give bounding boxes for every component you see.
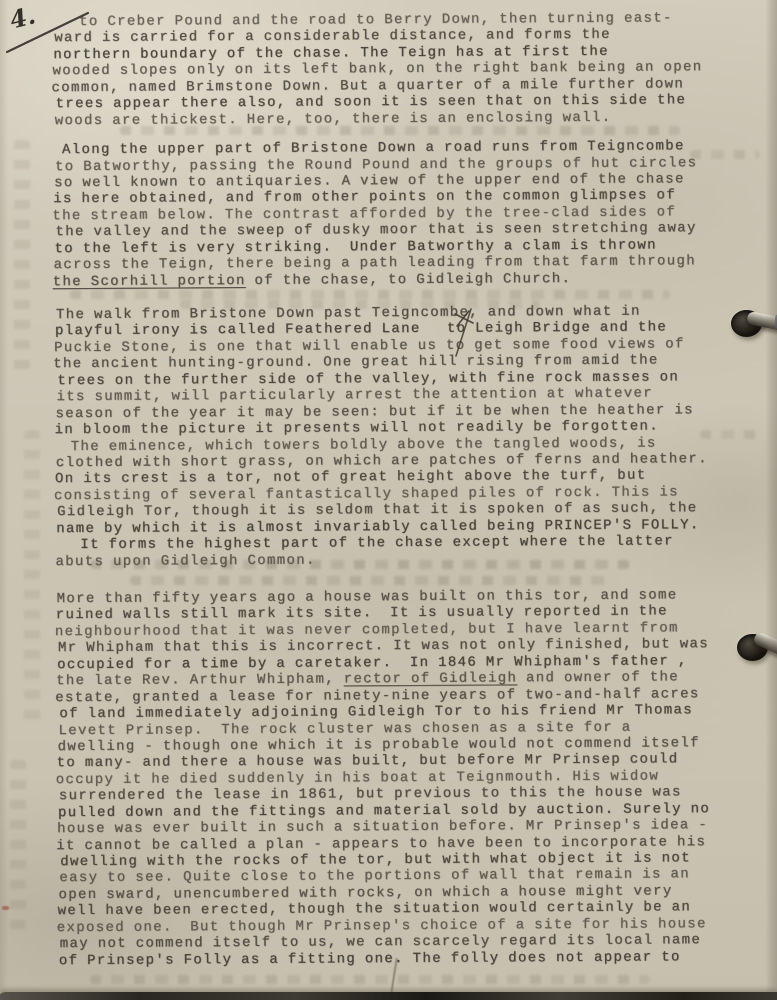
bleedthrough-smudge — [90, 975, 650, 984]
typewritten-text: to Creber Pound and the road to Berry Do… — [53, 10, 771, 969]
red-ink-speck — [2, 906, 9, 910]
bleedthrough-smudge — [10, 760, 26, 940]
page-right-edge-shading — [765, 0, 777, 1000]
page-bottom-edge — [0, 992, 777, 1000]
bleedthrough-smudge — [24, 430, 40, 730]
paragraph: to Creber Pound and the road to Berry Do… — [53, 10, 766, 129]
bleedthrough-smudge — [180, 300, 540, 309]
bleedthrough-smudge — [14, 140, 30, 380]
handwritten-asterisk-mark — [447, 306, 487, 362]
underlined-phrase: the Scorhill portion — [53, 273, 246, 290]
paragraph: Along the upper part of Bristone Down a … — [54, 138, 767, 290]
underlined-phrase: rector of Gidleigh — [344, 671, 518, 688]
paragraph: The walk from Bristone Down past Teignco… — [55, 303, 768, 439]
text-line: the Scorhill portion of the chase, to Gi… — [53, 269, 767, 290]
typewritten-document-page: 4. to Creber Pound and the road to Berry… — [0, 0, 777, 1000]
paragraph: More than fifty years ago a house was bu… — [57, 587, 771, 969]
bleedthrough-smudge — [130, 576, 610, 585]
text-line: of Prinsep's Folly as a fitting one. The… — [59, 948, 771, 969]
bleedthrough-smudge — [90, 560, 630, 569]
bleedthrough-smudge — [120, 126, 680, 135]
bleedthrough-smudge — [690, 150, 760, 159]
paragraph: The eminence, which towers boldly above … — [56, 434, 769, 537]
page-left-edge-shading — [0, 0, 8, 1000]
bleedthrough-smudge — [700, 430, 760, 439]
bleedthrough-smudge — [70, 290, 670, 299]
